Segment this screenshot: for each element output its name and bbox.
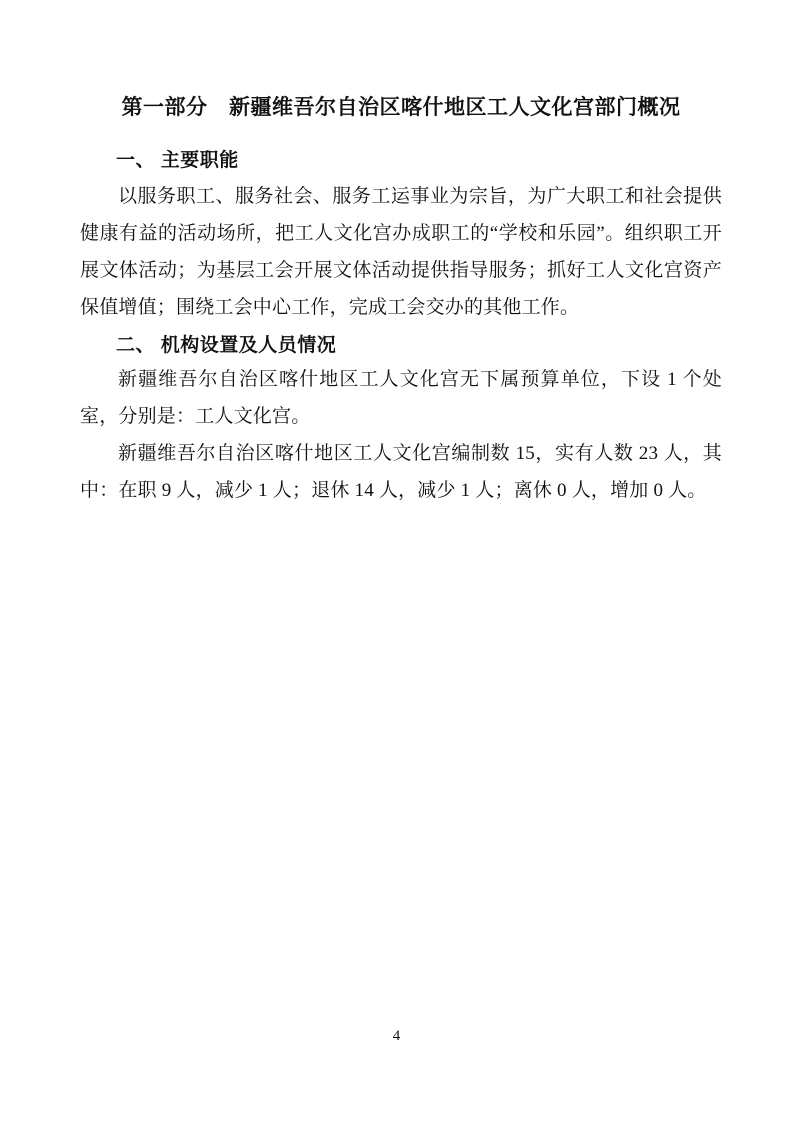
- document-page: 第一部分 新疆维吾尔自治区喀什地区工人文化宫部门概况 一、 主要职能 以服务职工…: [0, 0, 793, 1122]
- page-content: 第一部分 新疆维吾尔自治区喀什地区工人文化宫部门概况 一、 主要职能 以服务职工…: [0, 93, 793, 509]
- section-1-heading: 一、 主要职能: [80, 148, 722, 173]
- section-2-paragraph-2: 新疆维吾尔自治区喀什地区工人文化宫编制数 15，实有人数 23 人，其中：在职 …: [80, 435, 722, 509]
- section-2-heading: 二、 机构设置及人员情况: [80, 333, 722, 358]
- section-2-paragraph-1: 新疆维吾尔自治区喀什地区工人文化宫无下属预算单位，下设 1 个处室，分别是：工人…: [80, 361, 722, 435]
- section-1-paragraph-1: 以服务职工、服务社会、服务工运事业为宗旨，为广大职工和社会提供健康有益的活动场所…: [80, 178, 722, 326]
- page-number: 4: [0, 1026, 793, 1046]
- document-title: 第一部分 新疆维吾尔自治区喀什地区工人文化宫部门概况: [80, 93, 722, 123]
